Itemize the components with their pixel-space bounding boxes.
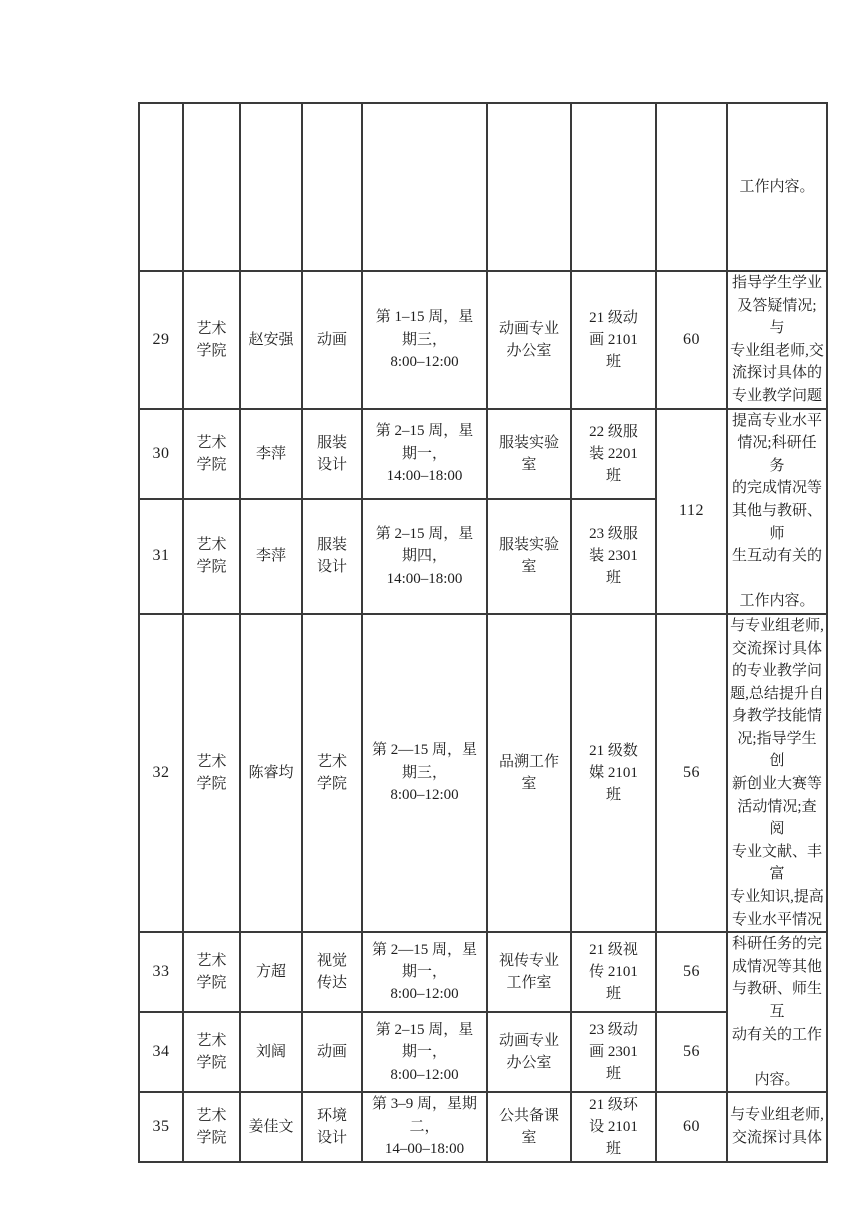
cell-time: 第 2–15 周，星 期一， 8:00–12:00 bbox=[362, 1012, 487, 1092]
cell-teacher: 刘阔 bbox=[240, 1012, 302, 1092]
cell-class: 21 级动 画 2101 班 bbox=[571, 271, 656, 409]
cell-location: 品溯工作 室 bbox=[487, 614, 571, 932]
cell-content: 与专业组老师, 交流探讨具体 的专业教学问 题,总结提升自 身教学技能情 况;指… bbox=[727, 614, 827, 932]
cell-no: 34 bbox=[139, 1012, 183, 1092]
cell-teacher: 方超 bbox=[240, 932, 302, 1012]
cell-college: 艺术 学院 bbox=[183, 932, 240, 1012]
cell-class: 21 级视 传 2101 班 bbox=[571, 932, 656, 1012]
cell-college-empty bbox=[183, 103, 240, 271]
table-row: 29 艺术 学院 赵安强 动画 第 1–15 周，星 期三， 8:00–12:0… bbox=[139, 271, 827, 409]
cell-class-empty bbox=[571, 103, 656, 271]
cell-major: 视觉 传达 bbox=[302, 932, 362, 1012]
cell-no: 31 bbox=[139, 499, 183, 614]
cell-college: 艺术 学院 bbox=[183, 271, 240, 409]
schedule-table: 工作内容。 29 艺术 学院 赵安强 动画 第 1–15 周，星 期三， 8:0… bbox=[138, 102, 828, 1163]
cell-teacher: 赵安强 bbox=[240, 271, 302, 409]
cell-class: 22 级服 装 2201 班 bbox=[571, 409, 656, 499]
cell-teacher: 李萍 bbox=[240, 409, 302, 499]
table-row-carryover: 工作内容。 bbox=[139, 103, 827, 271]
cell-time: 第 3–9 周，星期 二， 14–00–18:00 bbox=[362, 1092, 487, 1161]
cell-no-empty bbox=[139, 103, 183, 271]
cell-content: 指导学生学业 及答疑情况;与 专业组老师,交 流探讨具体的 专业教学问题 bbox=[727, 271, 827, 409]
document-page: 工作内容。 29 艺术 学院 赵安强 动画 第 1–15 周，星 期三， 8:0… bbox=[0, 0, 864, 1222]
cell-time-empty bbox=[362, 103, 487, 271]
cell-major: 动画 bbox=[302, 1012, 362, 1092]
table-row: 33 艺术 学院 方超 视觉 传达 第 2—15 周，星 期一， 8:00–12… bbox=[139, 932, 827, 1012]
cell-hours: 60 bbox=[656, 1092, 727, 1161]
cell-college: 艺术 学院 bbox=[183, 614, 240, 932]
cell-content-merged: 科研任务的完 成情况等其他 与教研、师生互 动有关的工作 内容。 bbox=[727, 932, 827, 1092]
cell-content-merged: 提高专业水平 情况;科研任务 的完成情况等 其他与教研、师 生互动有关的 工作内… bbox=[727, 409, 827, 614]
cell-class: 21 级数 媒 2101 班 bbox=[571, 614, 656, 932]
cell-college: 艺术 学院 bbox=[183, 409, 240, 499]
cell-no: 32 bbox=[139, 614, 183, 932]
cell-college: 艺术 学院 bbox=[183, 1092, 240, 1161]
cell-time: 第 2–15 周，星 期四， 14:00–18:00 bbox=[362, 499, 487, 614]
cell-hours: 60 bbox=[656, 271, 727, 409]
cell-location: 公共备课 室 bbox=[487, 1092, 571, 1161]
cell-location: 动画专业 办公室 bbox=[487, 1012, 571, 1092]
cell-teacher: 李萍 bbox=[240, 499, 302, 614]
cell-hours: 56 bbox=[656, 1012, 727, 1092]
table-row: 35 艺术 学院 姜佳文 环境 设计 第 3–9 周，星期 二， 14–00–1… bbox=[139, 1092, 827, 1161]
cell-no: 29 bbox=[139, 271, 183, 409]
cell-teacher: 陈睿均 bbox=[240, 614, 302, 932]
cell-teacher: 姜佳文 bbox=[240, 1092, 302, 1161]
cell-major: 服装 设计 bbox=[302, 499, 362, 614]
cell-major: 环境 设计 bbox=[302, 1092, 362, 1161]
table-row: 32 艺术 学院 陈睿均 艺术 学院 第 2—15 周，星 期三， 8:00–1… bbox=[139, 614, 827, 932]
cell-college: 艺术 学院 bbox=[183, 1012, 240, 1092]
table-row: 30 艺术 学院 李萍 服装 设计 第 2–15 周，星 期一， 14:00–1… bbox=[139, 409, 827, 499]
cell-time: 第 1–15 周，星 期三， 8:00–12:00 bbox=[362, 271, 487, 409]
cell-major: 艺术 学院 bbox=[302, 614, 362, 932]
cell-hours-empty bbox=[656, 103, 727, 271]
cell-teacher-empty bbox=[240, 103, 302, 271]
cell-location: 动画专业 办公室 bbox=[487, 271, 571, 409]
cell-location: 服装实验 室 bbox=[487, 499, 571, 614]
cell-class: 23 级服 装 2301 班 bbox=[571, 499, 656, 614]
cell-class: 21 级环 设 2101 班 bbox=[571, 1092, 656, 1161]
cell-no: 33 bbox=[139, 932, 183, 1012]
cell-location: 视传专业 工作室 bbox=[487, 932, 571, 1012]
cell-class: 23 级动 画 2301 班 bbox=[571, 1012, 656, 1092]
cell-major: 服装 设计 bbox=[302, 409, 362, 499]
cell-no: 35 bbox=[139, 1092, 183, 1161]
cell-time: 第 2—15 周，星 期三， 8:00–12:00 bbox=[362, 614, 487, 932]
cell-content: 工作内容。 bbox=[727, 103, 827, 271]
cell-no: 30 bbox=[139, 409, 183, 499]
cell-location-empty bbox=[487, 103, 571, 271]
cell-major-empty bbox=[302, 103, 362, 271]
cell-content: 与专业组老师, 交流探讨具体 bbox=[727, 1092, 827, 1161]
cell-time: 第 2–15 周，星 期一， 14:00–18:00 bbox=[362, 409, 487, 499]
cell-hours: 56 bbox=[656, 932, 727, 1012]
table-row: 34 艺术 学院 刘阔 动画 第 2–15 周，星 期一， 8:00–12:00… bbox=[139, 1012, 827, 1092]
cell-college: 艺术 学院 bbox=[183, 499, 240, 614]
cell-location: 服装实验 室 bbox=[487, 409, 571, 499]
cell-time: 第 2—15 周，星 期一， 8:00–12:00 bbox=[362, 932, 487, 1012]
cell-hours-merged: 112 bbox=[656, 409, 727, 614]
cell-hours: 56 bbox=[656, 614, 727, 932]
cell-major: 动画 bbox=[302, 271, 362, 409]
